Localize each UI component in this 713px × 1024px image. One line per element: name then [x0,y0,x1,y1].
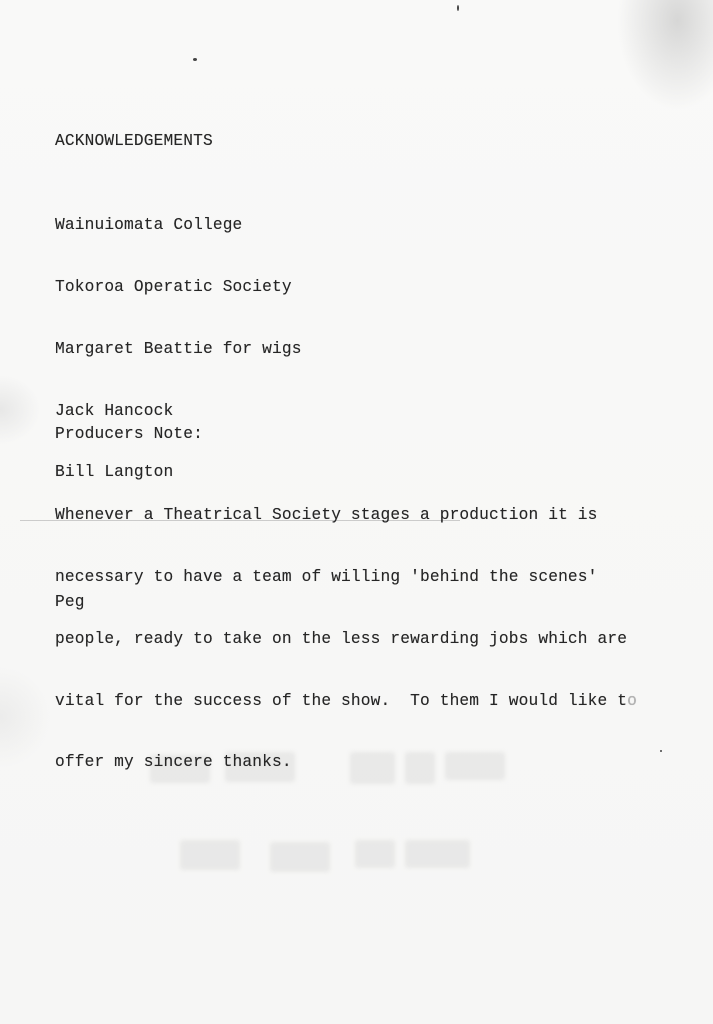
list-item: Wainuiomata College [55,215,302,236]
dust-speck [457,5,459,11]
show-through-mark [180,840,240,870]
note-line: people, ready to take on the less reward… [55,629,637,650]
note-line: vital for the success of the show. To th… [55,691,637,712]
dust-speck [193,58,197,61]
scanned-page: ACKNOWLEDGEMENTS Wainuiomata College Tok… [0,0,713,1024]
producers-note-body: Whenever a Theatrical Society stages a p… [55,464,637,814]
note-line-text: vital for the success of the show. To th… [55,692,627,710]
dust-speck [660,750,662,752]
signature: Peg [55,592,85,613]
producers-note-heading: Producers Note: [55,424,203,445]
show-through-mark [405,840,470,868]
list-item: Tokoroa Operatic Society [55,277,302,298]
list-item: Margaret Beattie for wigs [55,339,302,360]
list-item: Jack Hancock [55,401,302,422]
note-line: offer my sincere thanks. [55,752,637,773]
show-through-mark [355,840,395,868]
note-line: necessary to have a team of willing 'beh… [55,567,637,588]
acknowledgements-heading: ACKNOWLEDGEMENTS [55,131,213,152]
faded-character: o [627,692,637,710]
show-through-mark [270,842,330,872]
note-line: Whenever a Theatrical Society stages a p… [55,505,637,526]
